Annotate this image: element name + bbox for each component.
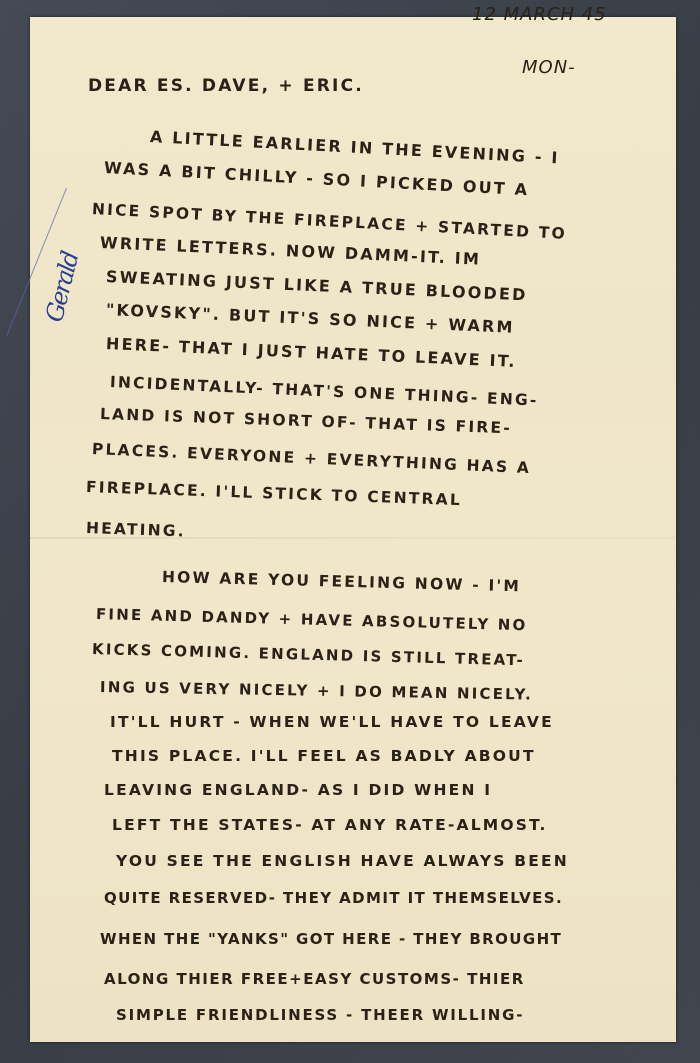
letter-line-22: quite reserved- they admit it themselves… bbox=[104, 889, 563, 907]
letter-line-23: When the "Yanks" got here - they brought bbox=[100, 930, 562, 948]
letter-line-24: along thier free+easy customs- thier bbox=[104, 970, 525, 988]
letter-line-25: simple friendliness - theer willing- bbox=[116, 1006, 524, 1024]
letter-line-18: this place. I'll feel as badly about bbox=[112, 747, 536, 765]
letter-line-19: leaving England- as I did when I bbox=[104, 781, 492, 799]
letter-day: Mon- bbox=[522, 57, 576, 78]
letter-date: 12 March 45 bbox=[472, 4, 607, 25]
letter-line-12: heating. bbox=[86, 519, 186, 540]
letter-line-17: It'll hurt - when we'll have to leave bbox=[110, 713, 554, 731]
letter-line-21: You see the English have always been bbox=[116, 852, 569, 870]
letter-line-20: left the States- At any rate-almost. bbox=[112, 816, 548, 834]
salutation: Dear Es. Dave, + Eric. bbox=[88, 76, 364, 96]
